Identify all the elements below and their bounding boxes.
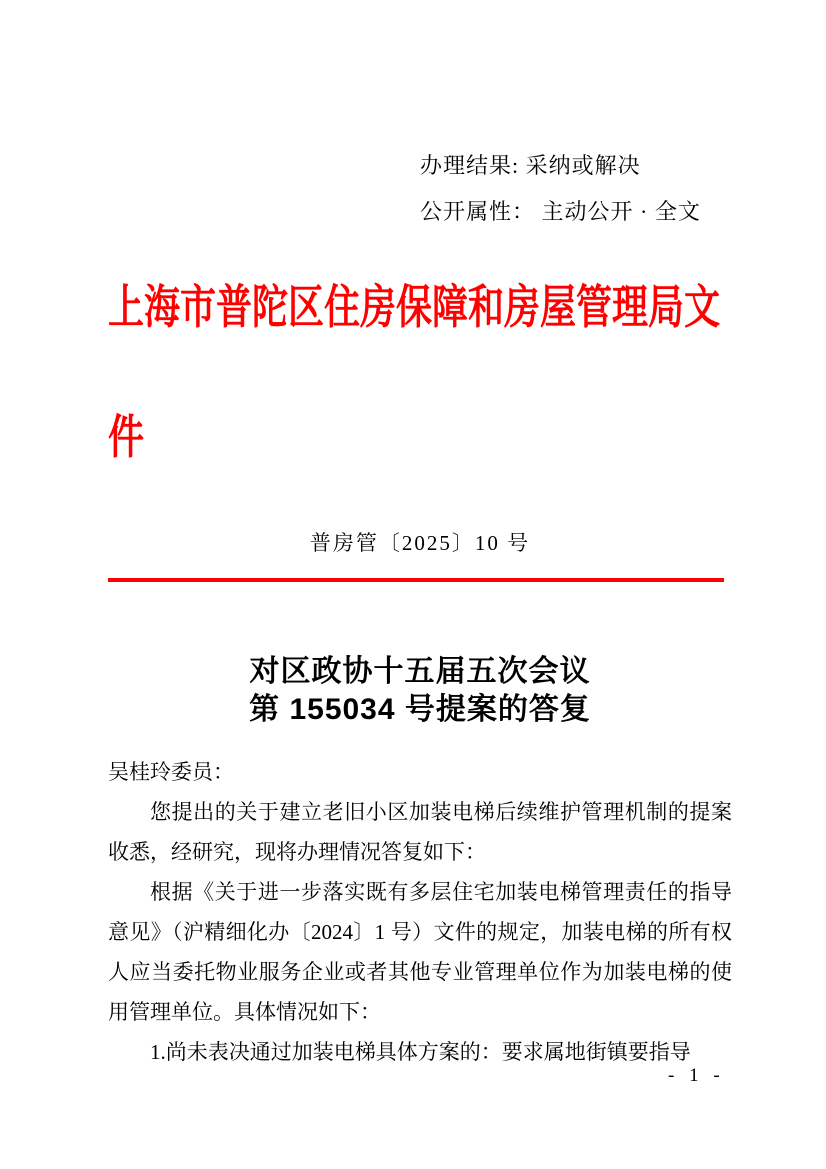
letterhead-title-line1: 上海市普陀区住房保障和房屋管理局文 — [108, 284, 720, 331]
page-number: - 1 - — [668, 1066, 725, 1085]
document-number: 普房管〔2025〕10 号 — [108, 533, 732, 554]
document-page: 办理结果: 采纳或解决 公开属性： 主动公开 · 全文 上海市普陀区住房保障和房… — [0, 0, 826, 1169]
paragraph: 您提出的关于建立老旧小区加装电梯后续维护管理机制的提案收悉，经研究，现将办理情况… — [108, 792, 732, 872]
body-text: 吴桂玲委员： 您提出的关于建立老旧小区加装电梯后续维护管理机制的提案收悉，经研究… — [108, 752, 732, 1072]
paragraph: 根据《关于进一步落实既有多层住宅加装电梯管理责任的指导意见》（沪精细化办〔202… — [108, 872, 732, 1032]
salutation: 吴桂玲委员： — [108, 752, 732, 792]
handling-result-line: 办理结果: 采纳或解决 — [420, 155, 641, 177]
subject-title-line2: 第 155034 号提案的答复 — [108, 695, 732, 725]
red-separator-line — [108, 578, 724, 582]
subject-title-line1: 对区政协十五届五次会议 — [108, 657, 732, 687]
letterhead-title-line2: 件 — [108, 414, 144, 461]
publicity-attribute-line: 公开属性： 主动公开 · 全文 — [420, 201, 701, 223]
paragraph: 1.尚未表决通过加装电梯具体方案的：要求属地街镇要指导 — [108, 1032, 732, 1072]
